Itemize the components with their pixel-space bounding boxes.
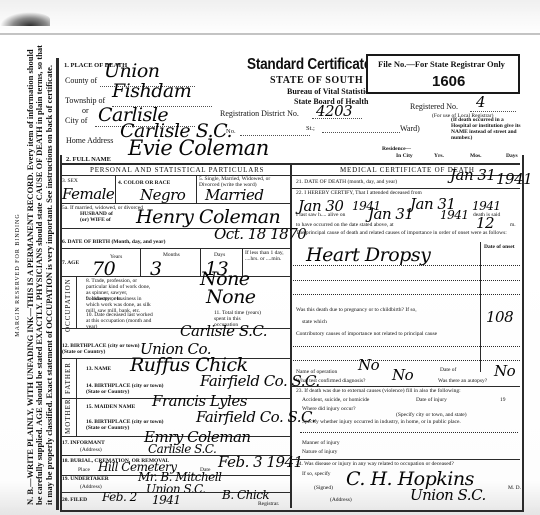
father-section-label: FATHER bbox=[64, 362, 72, 394]
undertaker-address-label: (Address) bbox=[80, 484, 102, 490]
rule bbox=[196, 175, 197, 203]
rule bbox=[291, 265, 520, 266]
registrar-signature: B. Chick bbox=[222, 488, 269, 502]
informant-address-value: Carlisle S.C. bbox=[148, 442, 216, 456]
last-saw-label: I last saw h.... alive on bbox=[296, 212, 345, 218]
scan-smudge bbox=[0, 12, 50, 26]
county-value: Union bbox=[104, 60, 160, 82]
industry-value: None bbox=[206, 286, 256, 308]
cause-label: The principal cause of death and related… bbox=[296, 230, 518, 236]
marital-value: Married bbox=[205, 186, 263, 204]
state-which-label: state which bbox=[302, 319, 327, 325]
certify-label: 22. I HEREBY CERTIFY, That I attended de… bbox=[296, 190, 422, 196]
physician-address-label: (Address) bbox=[330, 497, 352, 503]
dod-value: Jan 31 bbox=[450, 166, 495, 184]
last-saw-year: 1941 bbox=[440, 208, 469, 222]
if-so-label: If so, specify bbox=[302, 471, 331, 477]
nature-label: Nature of injury bbox=[302, 449, 337, 455]
pregnancy-label: Was this death due to pregnancy or to ch… bbox=[296, 307, 417, 313]
rule bbox=[60, 248, 290, 249]
m-label: m. bbox=[510, 222, 516, 228]
registered-no-label: Registered No. bbox=[410, 102, 458, 111]
autopsy-label: Was there an autopsy? bbox=[438, 378, 487, 384]
registered-no-value: 4 bbox=[476, 93, 485, 111]
dod-year-value: 1941 bbox=[496, 170, 532, 188]
age-label: 7. AGE bbox=[62, 260, 79, 266]
attended-to-year: 1941 bbox=[472, 199, 501, 213]
or-label: or bbox=[82, 106, 89, 115]
st-line bbox=[322, 132, 400, 133]
file-number-box: File No.—For State Registrar Only 1606 bbox=[366, 54, 520, 94]
manner-label: Manner of injury bbox=[302, 440, 340, 446]
burial-date-value: Feb. 3 1941 bbox=[218, 453, 303, 471]
county-label: County of bbox=[65, 76, 97, 85]
signed-label: (Signed) bbox=[314, 485, 333, 491]
code-value: 108 bbox=[486, 308, 513, 326]
mother-section-label: MOTHER bbox=[64, 398, 72, 434]
rule bbox=[291, 188, 520, 189]
rule bbox=[291, 346, 520, 347]
registration-district-label: Registration District No. bbox=[220, 109, 299, 118]
rule bbox=[291, 360, 520, 361]
md-label: M. D. bbox=[508, 485, 521, 491]
where-injury-label: Where did injury occur? bbox=[302, 406, 356, 412]
bureau-name: Bureau of Vital Statistics bbox=[287, 87, 372, 96]
st-label: St.; bbox=[306, 125, 315, 132]
last-saw-value: Jan 31 bbox=[368, 205, 413, 223]
autopsy-value: No bbox=[494, 362, 515, 380]
diagnosis-value: No bbox=[392, 366, 413, 384]
rule bbox=[60, 203, 290, 204]
father-name-label: 13. NAME bbox=[86, 366, 111, 372]
filed-date-value: Feb. 2 bbox=[102, 490, 137, 504]
home-address-label: Home Address bbox=[66, 136, 113, 145]
year-prefix-label: 19 bbox=[500, 397, 506, 403]
occupation-section-label: OCCUPATION bbox=[64, 278, 72, 332]
specify-where-label: Specify whether injury occurred in indus… bbox=[302, 419, 461, 425]
dob-label: 6. DATE OF BIRTH (Month, day, and year) bbox=[62, 239, 165, 245]
spouse-label-3: (or) WIFE of bbox=[80, 217, 111, 223]
file-number-label: File No.—For State Registrar Only bbox=[378, 59, 505, 69]
accident-label: Accident, suicide, or homicide bbox=[302, 397, 369, 403]
cause-value: Heart Dropsy bbox=[306, 244, 430, 266]
rule bbox=[60, 276, 290, 277]
rule bbox=[115, 175, 116, 203]
date-of-onset-label: Date of onset bbox=[484, 244, 515, 250]
occurred-label: to have occurred on the date stated abov… bbox=[296, 222, 394, 228]
operation-value: No bbox=[358, 356, 379, 374]
margin-reserved-label: MARGIN RESERVED FOR BINDING bbox=[14, 45, 24, 505]
burial-place-label: Place bbox=[78, 467, 90, 473]
race-value: Negro bbox=[140, 186, 185, 204]
rule bbox=[291, 459, 520, 460]
informant-label: 17. INFORMANT bbox=[62, 440, 105, 446]
date-injury-label: Date of injury bbox=[416, 397, 447, 403]
city-label: City of bbox=[65, 116, 87, 125]
rule bbox=[76, 276, 77, 328]
months-label: Months bbox=[163, 252, 180, 258]
dob-value: Oct. 18 1870 bbox=[214, 225, 306, 243]
sex-value: Female bbox=[62, 185, 114, 203]
mother-birthplace-value: Fairfield Co. S.C. bbox=[196, 408, 316, 426]
physician-address-value: Union S.C. bbox=[410, 486, 486, 504]
dod-label: 21. DATE OF DEATH (month, day, and year) bbox=[296, 179, 397, 185]
mother-name-label: 15. MAIDEN NAME bbox=[86, 404, 135, 410]
residence-label: Residence— bbox=[382, 146, 411, 152]
sex-label: 3. SEX bbox=[62, 178, 78, 184]
no-label: No. bbox=[226, 128, 236, 135]
rule bbox=[76, 398, 77, 436]
hospital-note: (If death occurred in a Hospital or inst… bbox=[451, 117, 521, 141]
undertaker-label: 19. UNDERTAKER bbox=[62, 476, 109, 482]
rule bbox=[140, 248, 141, 276]
birthplace-city-value: Carlisle S.C. bbox=[180, 322, 267, 340]
rule bbox=[291, 294, 520, 295]
township-value: Fishdam bbox=[112, 80, 191, 102]
specify-city-label: (Specify city or town, and state) bbox=[396, 412, 467, 418]
rule bbox=[291, 280, 520, 281]
op-date-label: Date of bbox=[440, 367, 456, 373]
external-causes-label: 23. If death was due to external causes … bbox=[296, 388, 461, 394]
margin-instructions-text: N. B.—WRITE PLAINLY, WITH UNFADING INK—T… bbox=[26, 45, 55, 505]
rule bbox=[76, 358, 77, 398]
filed-year-value: 1941 bbox=[152, 493, 181, 507]
less-than-day-label: If less than 1 day, ....hrs. or ....min. bbox=[245, 250, 289, 262]
informant-address-label: (Address) bbox=[80, 447, 102, 453]
rule bbox=[480, 242, 481, 372]
operation-label: Name of operation bbox=[296, 369, 337, 375]
scan-edge-line bbox=[0, 33, 540, 35]
occupation-related-label: 24. Was disease or injury in any way rel… bbox=[296, 461, 454, 467]
contributory-label: Contributory causes of importance not re… bbox=[296, 331, 437, 337]
registration-district-value: 4203 bbox=[316, 102, 352, 120]
rule bbox=[300, 432, 518, 433]
registered-line bbox=[470, 111, 516, 112]
rule bbox=[291, 386, 520, 387]
file-number: 1606 bbox=[432, 73, 465, 90]
registrar-label: Registrar. bbox=[258, 501, 279, 507]
filed-label: 20. FILED bbox=[62, 497, 87, 503]
diagnosis-label: What test confirmed diagnosis? bbox=[296, 378, 366, 384]
ward-label: Ward) bbox=[400, 124, 420, 133]
personal-section-title: PERSONAL AND STATISTICAL PARTICULARS bbox=[90, 166, 264, 174]
